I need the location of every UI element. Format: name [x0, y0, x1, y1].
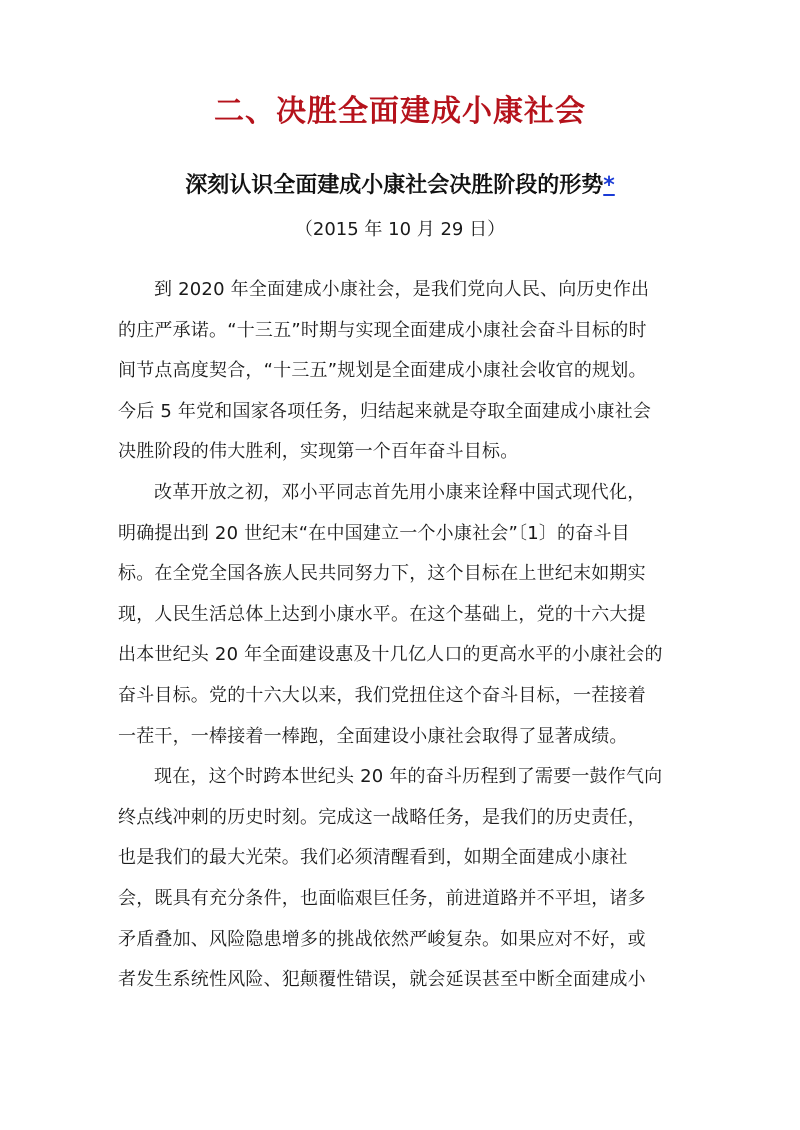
text-line: 奋斗目标。党的十六大以来，我们党扭住这个奋斗目标，一茬接着 [118, 676, 682, 717]
text-line: 到 2020 年全面建成小康社会，是我们党向人民、向历史作出 [118, 270, 682, 311]
article-date: （2015 年 10 月 29 日） [0, 216, 800, 244]
document-page: 二、决胜全面建成小康社会 深刻认识全面建成小康社会决胜阶段的形势* （2015 … [0, 0, 800, 1130]
text-line: 间节点高度契合，“十三五”规划是全面建成小康社会收官的规划。 [118, 351, 682, 392]
text-line: 改革开放之初，邓小平同志首先用小康来诠释中国式现代化， [118, 473, 682, 514]
text-line: 会，既具有充分条件，也面临艰巨任务，前进道路并不平坦，诸多 [118, 879, 682, 920]
paragraph: 到 2020 年全面建成小康社会，是我们党向人民、向历史作出 的庄严承诺。“十三… [118, 270, 682, 473]
footnote-link[interactable]: * [603, 173, 615, 198]
text-line: 者发生系统性风险、犯颠覆性错误，就会延误甚至中断全面建成小 [118, 960, 682, 1001]
paragraph: 改革开放之初，邓小平同志首先用小康来诠释中国式现代化， 明确提出到 20 世纪末… [118, 473, 682, 757]
text-line: 出本世纪头 20 年全面建设惠及十几亿人口的更高水平的小康社会的 [118, 635, 682, 676]
section-title: 二、决胜全面建成小康社会 [0, 92, 800, 132]
text-line: 一茬干，一棒接着一棒跑，全面建设小康社会取得了显著成绩。 [118, 717, 682, 758]
text-line: 终点线冲刺的历史时刻。完成这一战略任务，是我们的历史责任， [118, 798, 682, 839]
text-line: 的庄严承诺。“十三五”时期与实现全面建成小康社会奋斗目标的时 [118, 311, 682, 352]
text-line: 现，人民生活总体上达到小康水平。在这个基础上，党的十六大提 [118, 595, 682, 636]
text-line: 今后 5 年党和国家各项任务，归结起来就是夺取全面建成小康社会 [118, 392, 682, 433]
text-line: 明确提出到 20 世纪末“在中国建立一个小康社会”〔1〕的奋斗目 [118, 514, 682, 555]
text-line: 矛盾叠加、风险隐患增多的挑战依然严峻复杂。如果应对不好，或 [118, 920, 682, 961]
paragraph: 现在，这个时跨本世纪头 20 年的奋斗历程到了需要一鼓作气向 终点线冲刺的历史时… [118, 757, 682, 1001]
text-line: 也是我们的最大光荣。我们必须清醒看到，如期全面建成小康社 [118, 838, 682, 879]
text-line: 标。在全党全国各族人民共同努力下，这个目标在上世纪末如期实 [118, 554, 682, 595]
article-title-text: 深刻认识全面建成小康社会决胜阶段的形势 [185, 173, 603, 198]
text-line: 决胜阶段的伟大胜利，实现第一个百年奋斗目标。 [118, 432, 682, 473]
text-line: 现在，这个时跨本世纪头 20 年的奋斗历程到了需要一鼓作气向 [118, 757, 682, 798]
article-body: 到 2020 年全面建成小康社会，是我们党向人民、向历史作出 的庄严承诺。“十三… [118, 270, 682, 1001]
article-title: 深刻认识全面建成小康社会决胜阶段的形势* [0, 170, 800, 202]
